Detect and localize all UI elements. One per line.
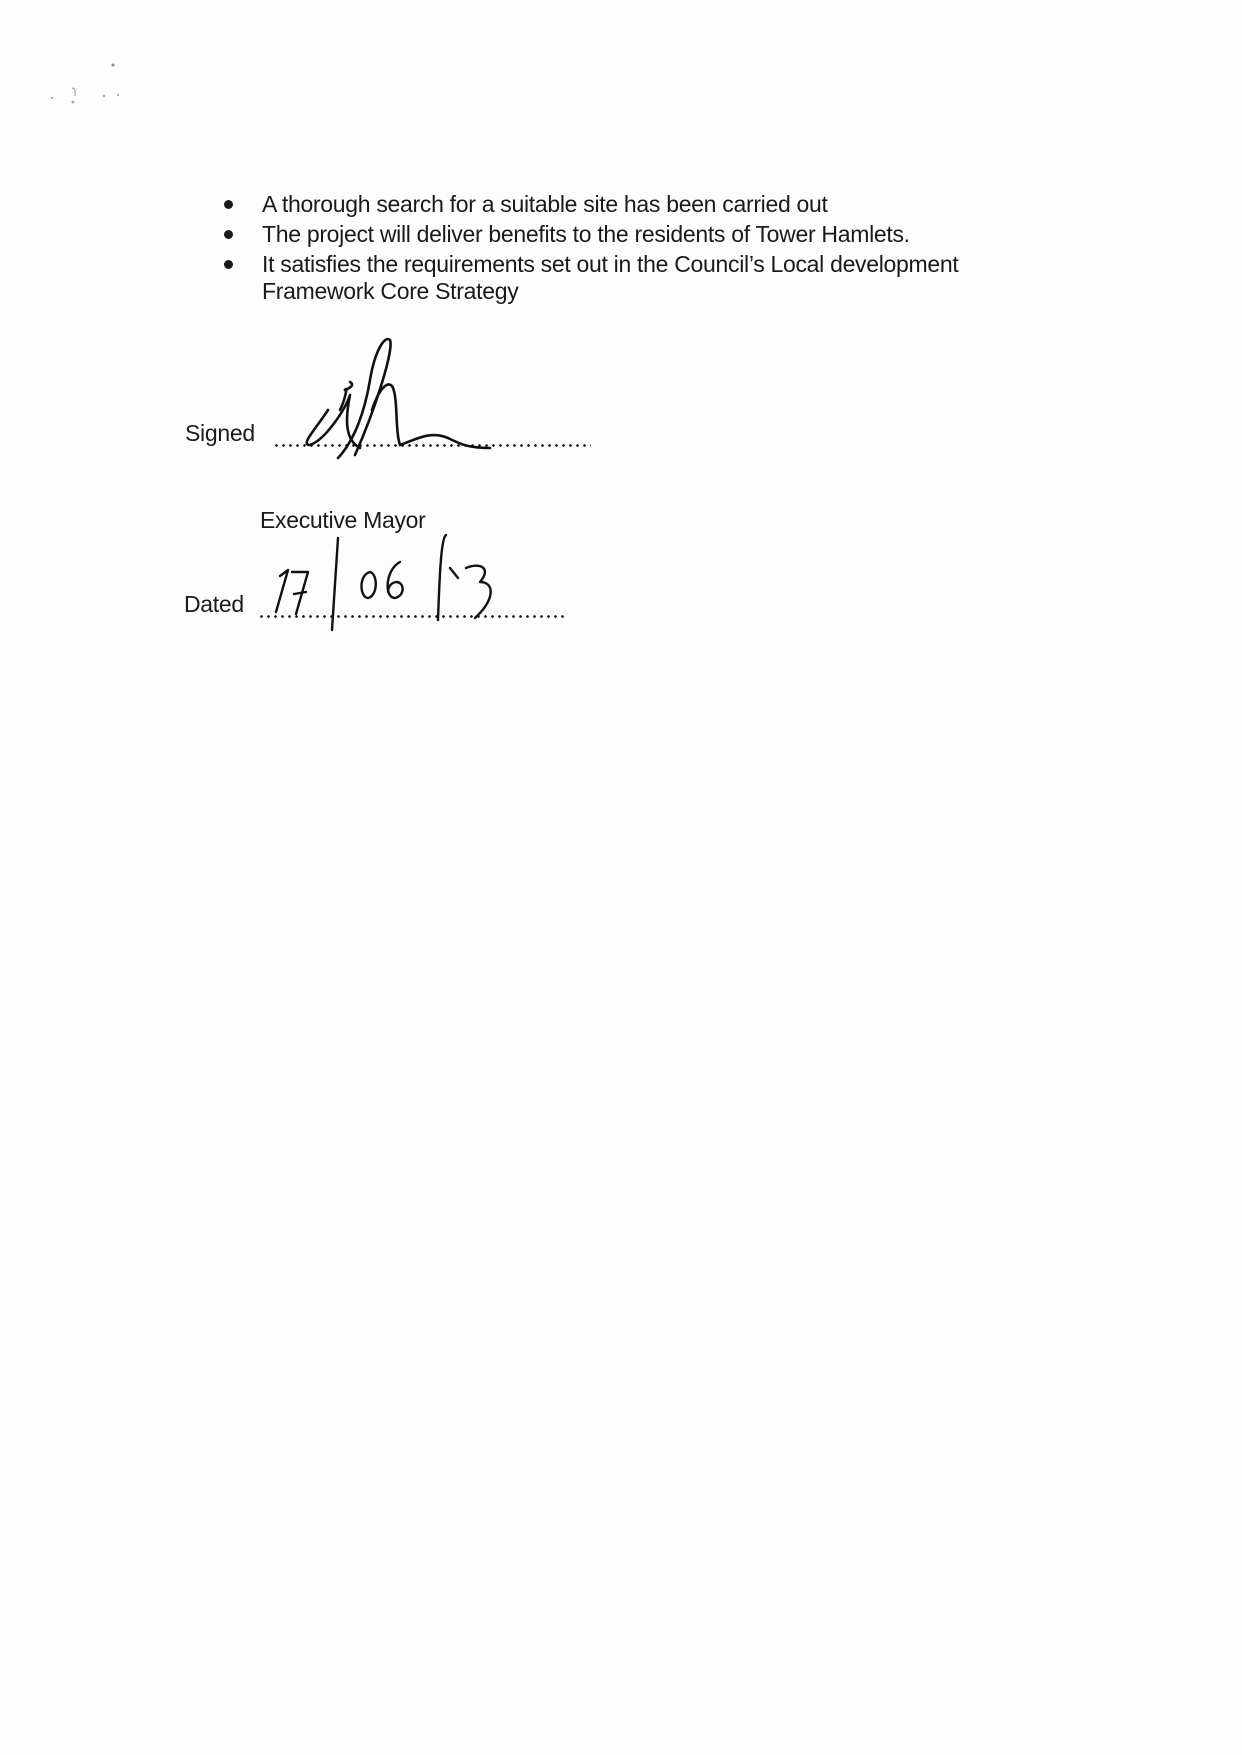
bullet-item: A thorough search for a suitable site ha… — [224, 189, 958, 219]
bullet-icon — [224, 230, 233, 239]
bullet-item: The project will deliver benefits to the… — [224, 219, 958, 249]
signed-label: Signed — [185, 420, 255, 447]
bullet-text: It satisfies the requirements set out in… — [262, 251, 958, 277]
bullet-text: The project will deliver benefits to the… — [262, 221, 910, 247]
bullet-icon — [224, 200, 233, 209]
dated-label: Dated — [184, 591, 244, 618]
bullet-icon — [224, 260, 233, 269]
bullet-text: A thorough search for a suitable site ha… — [262, 191, 828, 217]
bullet-list: A thorough search for a suitable site ha… — [224, 189, 958, 306]
bullet-text-continuation: Framework Core Strategy — [262, 276, 958, 306]
handwritten-date: 17/06/13 — [270, 520, 550, 640]
handwritten-signature — [290, 330, 510, 470]
scan-specks — [20, 60, 140, 110]
bullet-item: It satisfies the requirements set out in… — [224, 249, 958, 306]
